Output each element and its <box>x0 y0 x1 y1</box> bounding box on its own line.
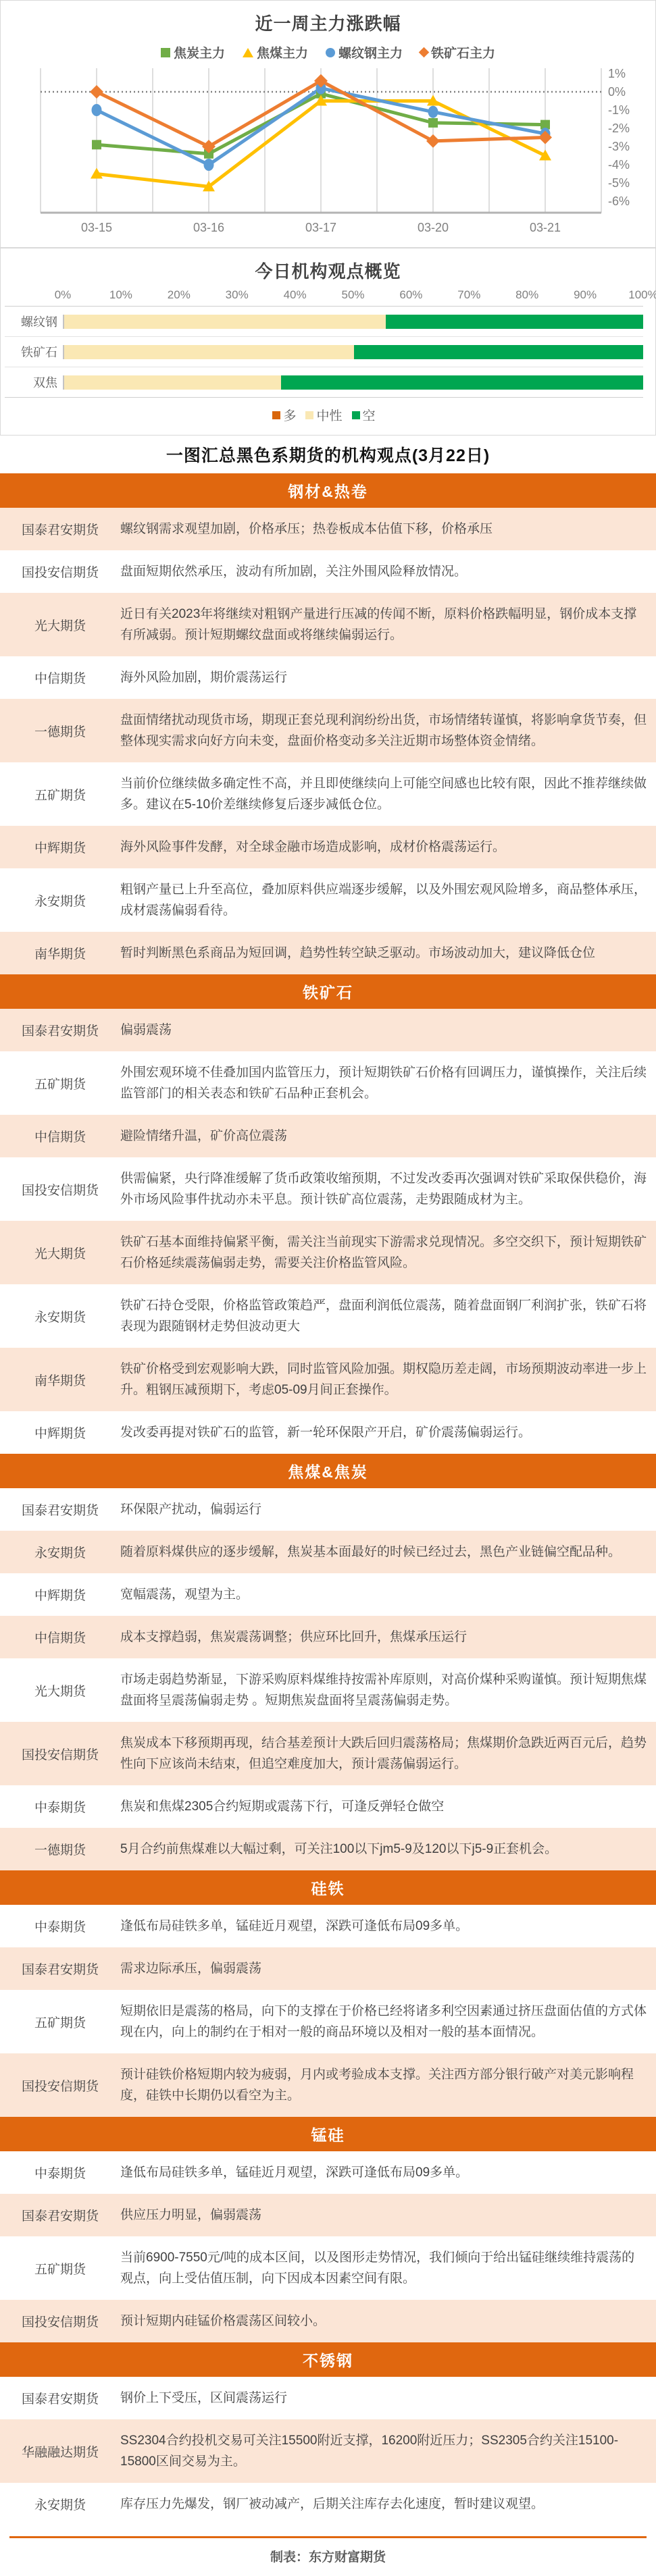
table-row: 中辉期货海外风险事件发酵，对全球金融市场造成影响，成材价格震荡运行。 <box>0 826 656 868</box>
bar-axis-tick: 10% <box>109 288 132 302</box>
table-row: 永安期货库存压力先爆发，钢厂被动减产，后期关注库存去化速度，暂时建议观望。 <box>0 2483 656 2525</box>
institution-name: 南华期货 <box>0 1360 120 1400</box>
table-row: 一德期货盘面情绪扰动现货市场，期现正套兑现利润纷纷出货，市场情绪转谨慎，将影响拿… <box>0 699 656 762</box>
section-header: 硅铁 <box>0 1870 656 1905</box>
bar-chart-plot: 螺纹钢铁矿石双焦 <box>5 306 643 398</box>
triangle-marker-icon <box>243 48 253 57</box>
institution-view: 避险情绪升温，矿价高位震荡 <box>120 1115 656 1157</box>
institution-view: 需求边际承压，偏弱震荡 <box>120 1947 656 1990</box>
line-chart-title: 近一周主力涨跌幅 <box>1 1 655 38</box>
institution-view: 短期依旧是震荡的格局，向下的支撑在于价格已经将诸多利空因素通过挤压盘面估值的方式… <box>120 1990 656 2053</box>
svg-text:03-15: 03-15 <box>81 221 112 234</box>
institution-name: 中辉期货 <box>0 827 120 867</box>
legend-item: 焦炭主力 <box>161 43 225 61</box>
bar-segment-中性 <box>64 315 386 329</box>
institution-view: 焦炭成本下移预期再现，结合基差预计大跌后回归震荡格局；焦煤期价急跌近两百元后，趋… <box>120 1722 656 1785</box>
institution-name: 永安期货 <box>0 1532 120 1572</box>
institution-name: 光大期货 <box>0 1233 120 1273</box>
institution-view: 外围宏观环境不佳叠加国内监管压力，预计短期铁矿石价格有回调压力，谨慎操作，关注后… <box>120 1051 656 1115</box>
institution-name: 中辉期货 <box>0 1413 120 1452</box>
institution-view: 逢低布局硅铁多单，锰硅近月观望，深跌可逢低布局09多单。 <box>120 1905 656 1947</box>
table-row: 五矿期货当前价位继续做多确定性不高，并且即使继续向上可能空间感也比较有限，因此不… <box>0 762 656 826</box>
legend-label: 焦煤主力 <box>257 43 308 61</box>
svg-text:-6%: -6% <box>608 194 630 208</box>
bar-axis-tick: 100% <box>628 288 656 302</box>
table-row: 中泰期货逢低布局硅铁多单，锰硅近月观望，深跌可逢低布局09多单。 <box>0 1905 656 1947</box>
section-header: 焦煤&焦炭 <box>0 1454 656 1488</box>
svg-text:03-21: 03-21 <box>530 221 561 234</box>
diamond-marker-icon <box>419 47 430 58</box>
bar-legend-item: 多 <box>272 406 296 424</box>
bar-axis-tick: 90% <box>574 288 597 302</box>
institution-name: 五矿期货 <box>0 2002 120 2042</box>
legend-swatch-icon <box>305 411 313 419</box>
institution-name: 光大期货 <box>0 1671 120 1710</box>
svg-text:-5%: -5% <box>608 176 630 190</box>
institution-view: 逢低布局硅铁多单，锰硅近月观望，深跌可逢低布局09多单。 <box>120 2151 656 2194</box>
institution-view: 铁矿石持仓受限，价格监管政策趋严，盘面利润低位震荡，随着盘面钢厂利润扩张，铁矿石… <box>120 1284 656 1348</box>
institution-name: 中泰期货 <box>0 1787 120 1826</box>
institution-view: 供应压力明显，偏弱震荡 <box>120 2194 656 2236</box>
institution-name: 国泰君安期货 <box>0 2195 120 2235</box>
svg-text:03-16: 03-16 <box>193 221 224 234</box>
institution-name: 中信期货 <box>0 1617 120 1657</box>
legend-item: 铁矿石主力 <box>420 43 495 61</box>
bar-track <box>63 315 643 329</box>
institution-view: SS2304合约投机交易可关注15500附近支撑，16200附近压力；SS230… <box>120 2419 656 2483</box>
table-sections: 钢材&热卷国泰君安期货螺纹钢需求观望加剧，价格承压；热卷板成本估值下移，价格承压… <box>0 473 656 2525</box>
institution-name: 光大期货 <box>0 605 120 645</box>
bar-row-铁矿石: 铁矿石 <box>5 336 643 367</box>
table-row: 光大期货近日有关2023年将继续对粗钢产量进行压减的传闻不断，原料价格跌幅明显，… <box>0 593 656 656</box>
table-row: 中辉期货宽幅震荡，观望为主。 <box>0 1573 656 1616</box>
table-row: 光大期货铁矿石基本面维持偏紧平衡，需关注当前现实下游需求兑现情况。多空交织下，预… <box>0 1221 656 1284</box>
svg-text:-3%: -3% <box>608 140 630 153</box>
table-row: 国投安信期货预计短期内硅锰价格震荡区间较小。 <box>0 2300 656 2342</box>
institution-view: 当前价位继续做多确定性不高，并且即使继续向上可能空间感也比较有限，因此不推荐继续… <box>120 762 656 826</box>
bar-legend-item: 空 <box>352 406 376 424</box>
institution-name: 华融融达期货 <box>0 2432 120 2471</box>
legend-label: 螺纹钢主力 <box>338 43 403 61</box>
institution-view: 海外风险加剧，期价震荡运行 <box>120 656 656 699</box>
institution-view: 铁矿价格受到宏观影响大跌，同时监管风险加强。期权隐历差走阔，市场预期波动率进一步… <box>120 1348 656 1411</box>
square-marker-icon <box>161 48 170 57</box>
table-row: 永安期货随着原料煤供应的逐步缓解，焦炭基本面最好的时候已经过去，黑色产业链偏空配… <box>0 1531 656 1573</box>
section-header: 钢材&热卷 <box>0 473 656 508</box>
legend-label: 空 <box>363 406 376 424</box>
line-chart-card: 近一周主力涨跌幅 焦炭主力焦煤主力螺纹钢主力铁矿石主力 1%0%-1%-2%-3… <box>0 0 656 248</box>
legend-label: 多 <box>283 406 296 424</box>
table-row: 南华期货暂时判断黑色系商品为短回调，趋势性转空缺乏驱动。市场波动加大，建议降低仓… <box>0 932 656 974</box>
institution-view: 预计硅铁价格短期内较为疲弱，月内或考验成本支撑。关注西方部分银行破产对美元影响程… <box>120 2053 656 2117</box>
legend-item: 螺纹钢主力 <box>326 43 403 61</box>
institution-view: 粗钢产量已上升至高位，叠加原料供应端逐步缓解，以及外围宏观风险增多，商品整体承压… <box>120 868 656 932</box>
bar-axis-tick: 70% <box>457 288 480 302</box>
institution-view: 螺纹钢需求观望加剧，价格承压；热卷板成本估值下移，价格承压 <box>120 508 656 550</box>
bar-category-label: 螺纹钢 <box>5 313 63 330</box>
institution-name: 中泰期货 <box>0 1906 120 1946</box>
institution-name: 国投安信期货 <box>0 552 120 592</box>
institution-name: 中信期货 <box>0 1116 120 1156</box>
bar-chart-body: 0%10%20%30%40%50%60%70%80%90%100% 螺纹钢铁矿石… <box>1 286 655 435</box>
institution-view: 当前6900-7550元/吨的成本区间，以及图形走势情况，我们倾向于给出锰硅继续… <box>120 2236 656 2300</box>
institution-name: 一德期货 <box>0 1829 120 1869</box>
institution-name: 国泰君安期货 <box>0 2378 120 2418</box>
bar-axis-tick: 80% <box>515 288 538 302</box>
views-table: 一图汇总黑色系期货的机构观点(3月22日) 钢材&热卷国泰君安期货螺纹钢需求观望… <box>0 436 656 2525</box>
institution-view: 预计短期内硅锰价格震荡区间较小。 <box>120 2300 656 2342</box>
table-row: 光大期货市场走弱趋势渐显，下游采购原料煤维持按需补库原则，对高价煤种采购谨慎。预… <box>0 1658 656 1722</box>
table-row: 国投安信期货盘面短期依然承压，波动有所加剧，关注外围风险释放情况。 <box>0 550 656 593</box>
institution-name: 南华期货 <box>0 933 120 973</box>
legend-item: 焦煤主力 <box>243 43 308 61</box>
institution-name: 国泰君安期货 <box>0 1949 120 1989</box>
institution-name: 永安期货 <box>0 1296 120 1336</box>
svg-text:-4%: -4% <box>608 158 630 172</box>
table-row: 中信期货成本支撑趋弱，焦炭震荡调整；供应环比回升，焦煤承压运行 <box>0 1616 656 1658</box>
svg-text:03-17: 03-17 <box>305 221 336 234</box>
institution-view: 偏弱震荡 <box>120 1009 656 1051</box>
section-header: 铁矿石 <box>0 974 656 1009</box>
table-row: 永安期货粗钢产量已上升至高位，叠加原料供应端逐步缓解，以及外围宏观风险增多，商品… <box>0 868 656 932</box>
institution-view: 成本支撑趋弱，焦炭震荡调整；供应环比回升，焦煤承压运行 <box>120 1616 656 1658</box>
bar-axis-tick: 20% <box>168 288 191 302</box>
institution-view: 海外风险事件发酵，对全球金融市场造成影响，成材价格震荡运行。 <box>120 826 656 868</box>
bar-chart-card: 今日机构观点概览 0%10%20%30%40%50%60%70%80%90%10… <box>0 248 656 436</box>
line-chart-plot: 1%0%-1%-2%-3%-4%-5%-6%03-1503-1603-1703-… <box>1 63 656 244</box>
svg-text:-2%: -2% <box>608 122 630 135</box>
bar-track <box>63 375 643 390</box>
institution-name: 国投安信期货 <box>0 2301 120 2341</box>
bar-category-label: 双焦 <box>5 373 63 391</box>
institution-view: 盘面情绪扰动现货市场，期现正套兑现利润纷纷出货，市场情绪转谨慎，将影响拿货节奏，… <box>120 699 656 762</box>
table-row: 中泰期货逢低布局硅铁多单，锰硅近月观望，深跌可逢低布局09多单。 <box>0 2151 656 2194</box>
table-row: 中信期货海外风险加剧，期价震荡运行 <box>0 656 656 699</box>
svg-text:1%: 1% <box>608 67 626 80</box>
table-row: 中信期货避险情绪升温，矿价高位震荡 <box>0 1115 656 1157</box>
bar-axis-tick: 40% <box>284 288 307 302</box>
institution-view: 供需偏紧，央行降准缓解了货币政策收缩预期，不过发改委再次强调对铁矿采取保供稳价，… <box>120 1157 656 1221</box>
bar-track <box>63 345 643 359</box>
institution-view: 焦炭和焦煤2305合约短期或震荡下行，可逢反弹轻仓做空 <box>120 1785 656 1828</box>
table-row: 华融融达期货SS2304合约投机交易可关注15500附近支撑，16200附近压力… <box>0 2419 656 2483</box>
bar-axis-tick: 60% <box>399 288 422 302</box>
institution-name: 永安期货 <box>0 880 120 920</box>
svg-text:0%: 0% <box>608 85 626 99</box>
svg-text:03-20: 03-20 <box>418 221 449 234</box>
bar-segment-中性 <box>64 375 281 390</box>
bar-chart-legend: 多中性空 <box>5 398 643 431</box>
bar-category-label: 铁矿石 <box>5 343 63 361</box>
table-row: 国泰君安期货环保限产扰动，偏弱运行 <box>0 1488 656 1531</box>
circle-marker-icon <box>326 48 335 57</box>
institution-view: 钢价上下受压，区间震荡运行 <box>120 2377 656 2419</box>
legend-label: 铁矿石主力 <box>431 43 495 61</box>
institution-view: 发改委再提对铁矿石的监管，新一轮环保限产开启，矿价震荡偏弱运行。 <box>120 1411 656 1454</box>
institution-view: 暂时判断黑色系商品为短回调，趋势性转空缺乏驱动。市场波动加大，建议降低仓位 <box>120 932 656 974</box>
report-page: 近一周主力涨跌幅 焦炭主力焦煤主力螺纹钢主力铁矿石主力 1%0%-1%-2%-3… <box>0 0 656 2576</box>
institution-name: 国投安信期货 <box>0 1734 120 1774</box>
bar-axis-tick: 0% <box>55 288 72 302</box>
table-row: 一德期货5月合约前焦煤难以大幅过剩，可关注100以下jm5-9及120以下j5-… <box>0 1828 656 1870</box>
table-row: 五矿期货外围宏观环境不佳叠加国内监管压力，预计短期铁矿石价格有回调压力，谨慎操作… <box>0 1051 656 1115</box>
section-header: 锰硅 <box>0 2117 656 2151</box>
institution-view: 库存压力先爆发，钢厂被动减产，后期关注库存去化速度，暂时建议观望。 <box>120 2483 656 2525</box>
table-row: 国泰君安期货偏弱震荡 <box>0 1009 656 1051</box>
institution-view: 市场走弱趋势渐显，下游采购原料煤维持按需补库原则，对高价煤种采购谨慎。预计短期焦… <box>120 1658 656 1722</box>
bar-legend-item: 中性 <box>305 406 342 424</box>
institution-view: 环保限产扰动，偏弱运行 <box>120 1488 656 1531</box>
institution-name: 中信期货 <box>0 658 120 698</box>
institution-name: 五矿期货 <box>0 774 120 814</box>
institution-name: 国投安信期货 <box>0 1169 120 1209</box>
bar-segment-空 <box>386 315 643 329</box>
institution-name: 永安期货 <box>0 2484 120 2524</box>
table-row: 国投安信期货供需偏紧，央行降准缓解了货币政策收缩预期，不过发改委再次强调对铁矿采… <box>0 1157 656 1221</box>
bar-chart-axis: 0%10%20%30%40%50%60%70%80%90%100% <box>63 288 643 306</box>
legend-swatch-icon <box>272 411 280 419</box>
table-row: 国泰君安期货螺纹钢需求观望加剧，价格承压；热卷板成本估值下移，价格承压 <box>0 508 656 550</box>
bar-axis-tick: 50% <box>341 288 364 302</box>
bar-row-双焦: 双焦 <box>5 367 643 397</box>
table-row: 中辉期货发改委再提对铁矿石的监管，新一轮环保限产开启，矿价震荡偏弱运行。 <box>0 1411 656 1454</box>
table-row: 国投安信期货预计硅铁价格短期内较为疲弱，月内或考验成本支撑。关注西方部分银行破产… <box>0 2053 656 2117</box>
institution-name: 五矿期货 <box>0 1063 120 1103</box>
table-row: 中泰期货焦炭和焦煤2305合约短期或震荡下行，可逢反弹轻仓做空 <box>0 1785 656 1828</box>
bar-chart-title: 今日机构观点概览 <box>1 248 655 286</box>
table-row: 国投安信期货焦炭成本下移预期再现，结合基差预计大跌后回归震荡格局；焦煤期价急跌近… <box>0 1722 656 1785</box>
footer-credit: 制表：东方财富期货 <box>0 2538 656 2576</box>
table-row: 五矿期货当前6900-7550元/吨的成本区间，以及图形走势情况，我们倾向于给出… <box>0 2236 656 2300</box>
institution-view: 铁矿石基本面维持偏紧平衡，需关注当前现实下游需求兑现情况。多空交织下，预计短期铁… <box>120 1221 656 1284</box>
institution-name: 国泰君安期货 <box>0 509 120 549</box>
table-row: 国泰君安期货钢价上下受压，区间震荡运行 <box>0 2377 656 2419</box>
institution-name: 国投安信期货 <box>0 2066 120 2105</box>
table-row: 南华期货铁矿价格受到宏观影响大跌，同时监管风险加强。期权隐历差走阔，市场预期波动… <box>0 1348 656 1411</box>
institution-name: 国泰君安期货 <box>0 1490 120 1529</box>
bar-axis-tick: 30% <box>226 288 249 302</box>
section-header: 不锈钢 <box>0 2342 656 2377</box>
table-row: 五矿期货短期依旧是震荡的格局，向下的支撑在于价格已经将诸多利空因素通过挤压盘面估… <box>0 1990 656 2053</box>
bar-segment-空 <box>354 345 644 359</box>
bar-segment-空 <box>281 375 643 390</box>
bar-row-螺纹钢: 螺纹钢 <box>5 307 643 336</box>
table-title: 一图汇总黑色系期货的机构观点(3月22日) <box>0 436 656 473</box>
institution-name: 五矿期货 <box>0 2249 120 2288</box>
institution-name: 中辉期货 <box>0 1575 120 1614</box>
institution-view: 盘面短期依然承压，波动有所加剧，关注外围风险释放情况。 <box>120 550 656 593</box>
legend-swatch-icon <box>352 411 360 419</box>
line-chart-legend: 焦炭主力焦煤主力螺纹钢主力铁矿石主力 <box>1 38 655 63</box>
legend-label: 焦炭主力 <box>174 43 225 61</box>
institution-view: 宽幅震荡，观望为主。 <box>120 1573 656 1616</box>
bar-segment-中性 <box>64 345 354 359</box>
table-row: 国泰君安期货需求边际承压，偏弱震荡 <box>0 1947 656 1990</box>
institution-view: 随着原料煤供应的逐步缓解，焦炭基本面最好的时候已经过去，黑色产业链偏空配品种。 <box>120 1531 656 1573</box>
institution-name: 一德期货 <box>0 711 120 751</box>
institution-view: 近日有关2023年将继续对粗钢产量进行压减的传闻不断，原料价格跌幅明显，钢价成本… <box>120 593 656 656</box>
legend-label: 中性 <box>316 406 342 424</box>
table-row: 永安期货铁矿石持仓受限，价格监管政策趋严，盘面利润低位震荡，随着盘面钢厂利润扩张… <box>0 1284 656 1348</box>
institution-name: 中泰期货 <box>0 2153 120 2192</box>
institution-view: 5月合约前焦煤难以大幅过剩，可关注100以下jm5-9及120以下j5-9正套机… <box>120 1828 656 1870</box>
institution-name: 国泰君安期货 <box>0 1010 120 1050</box>
svg-text:-1%: -1% <box>608 103 630 117</box>
table-row: 国泰君安期货供应压力明显，偏弱震荡 <box>0 2194 656 2236</box>
